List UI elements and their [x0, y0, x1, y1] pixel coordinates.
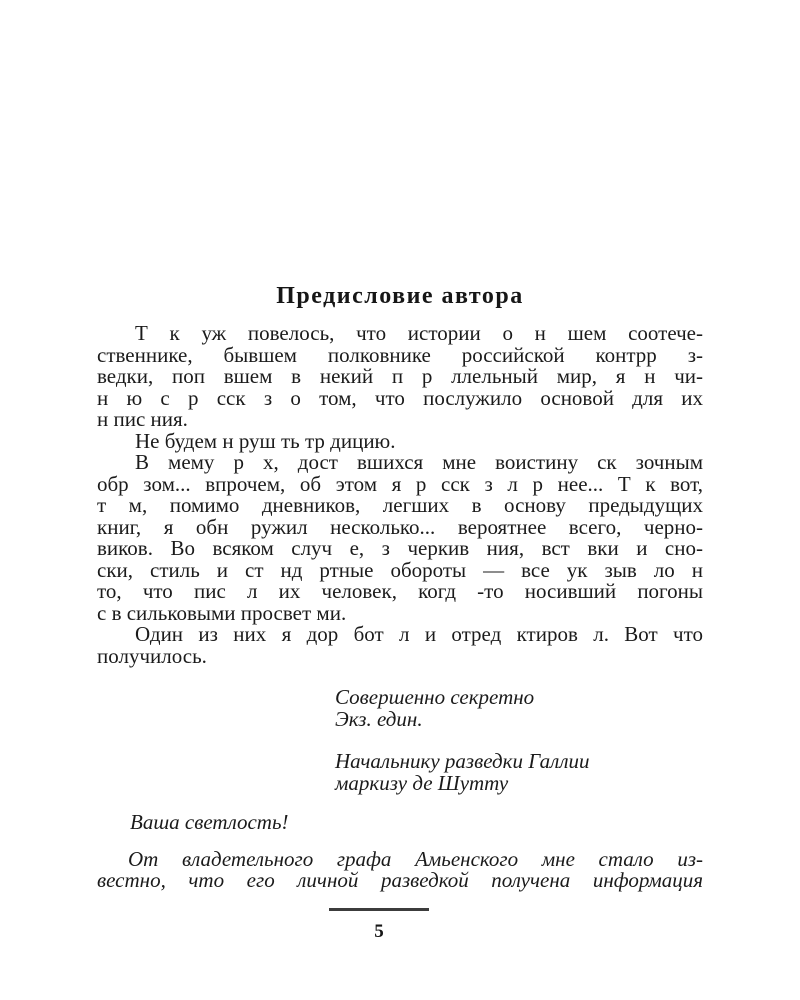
text-line: виков. Во всяком случ е, з черкив ния, в…: [97, 538, 703, 560]
footer-divider: [329, 908, 429, 911]
page-footer: 5: [97, 901, 703, 943]
text-line: н ю с р сск з о том, что послужило основ…: [97, 388, 703, 410]
paragraph-1: Т к уж повелось, что истории о н шем соо…: [97, 323, 703, 431]
text-line: вестно, что его личной разведкой получен…: [97, 870, 703, 892]
text-line: с в сильковыми просвет ми.: [97, 603, 703, 625]
page-number: 5: [97, 921, 661, 943]
text-line: Т к уж повелось, что истории о н шем соо…: [97, 323, 703, 345]
text-line: т м, помимо дневников, легших в основу п…: [97, 495, 703, 517]
page-title: Предисловие автора: [97, 283, 703, 309]
secrecy-stamp: Совершенно секретно Экз. един.: [335, 687, 703, 730]
text-line: ведки, поп вшем в некий п р ллельный мир…: [97, 366, 703, 388]
text-line: н пис ния.: [97, 409, 703, 431]
text-line: ственнике, бывшем полковнике российской …: [97, 345, 703, 367]
text-line: ски, стиль и ст нд ртные обороты — все у…: [97, 560, 703, 582]
stamp-line: Совершенно секретно: [335, 687, 703, 709]
text-line: обр зом... впрочем, об этом я р сск з л …: [97, 474, 703, 496]
addressee-line: маркизу де Шутту: [335, 773, 703, 795]
text-line: Не будем н руш ть тр дицию.: [97, 431, 703, 453]
text-line: книг, я обн ружил несколько... вероятнее…: [97, 517, 703, 539]
letter-body: От владетельного графа Амьенского мне ст…: [97, 849, 703, 892]
text-line: От владетельного графа Амьенского мне ст…: [97, 849, 703, 871]
paragraph-3: В мему р х, дост вшихся мне воистину ск …: [97, 452, 703, 624]
addressee-block: Начальнику разведки Галлии маркизу де Шу…: [335, 751, 703, 794]
text-line: В мему р х, дост вшихся мне воистину ск …: [97, 452, 703, 474]
preface-body: Т к уж повелось, что истории о н шем соо…: [97, 323, 703, 667]
text-line: то, что пис л их человек, когд -то носив…: [97, 581, 703, 603]
stamp-line: Экз. един.: [335, 709, 703, 731]
addressee-line: Начальнику разведки Галлии: [335, 751, 703, 773]
text-line: Один из них я дор бот л и отред ктиров л…: [97, 624, 703, 646]
book-page: Предисловие автора Т к уж повелось, что …: [0, 0, 800, 1000]
paragraph-4: Один из них я дор бот л и отред ктиров л…: [97, 624, 703, 667]
paragraph-2: Не будем н руш ть тр дицию.: [97, 431, 703, 453]
page-content: Предисловие автора Т к уж повелось, что …: [97, 0, 703, 943]
salutation: Ваша светлость!: [97, 812, 703, 834]
text-line: получилось.: [97, 646, 703, 668]
